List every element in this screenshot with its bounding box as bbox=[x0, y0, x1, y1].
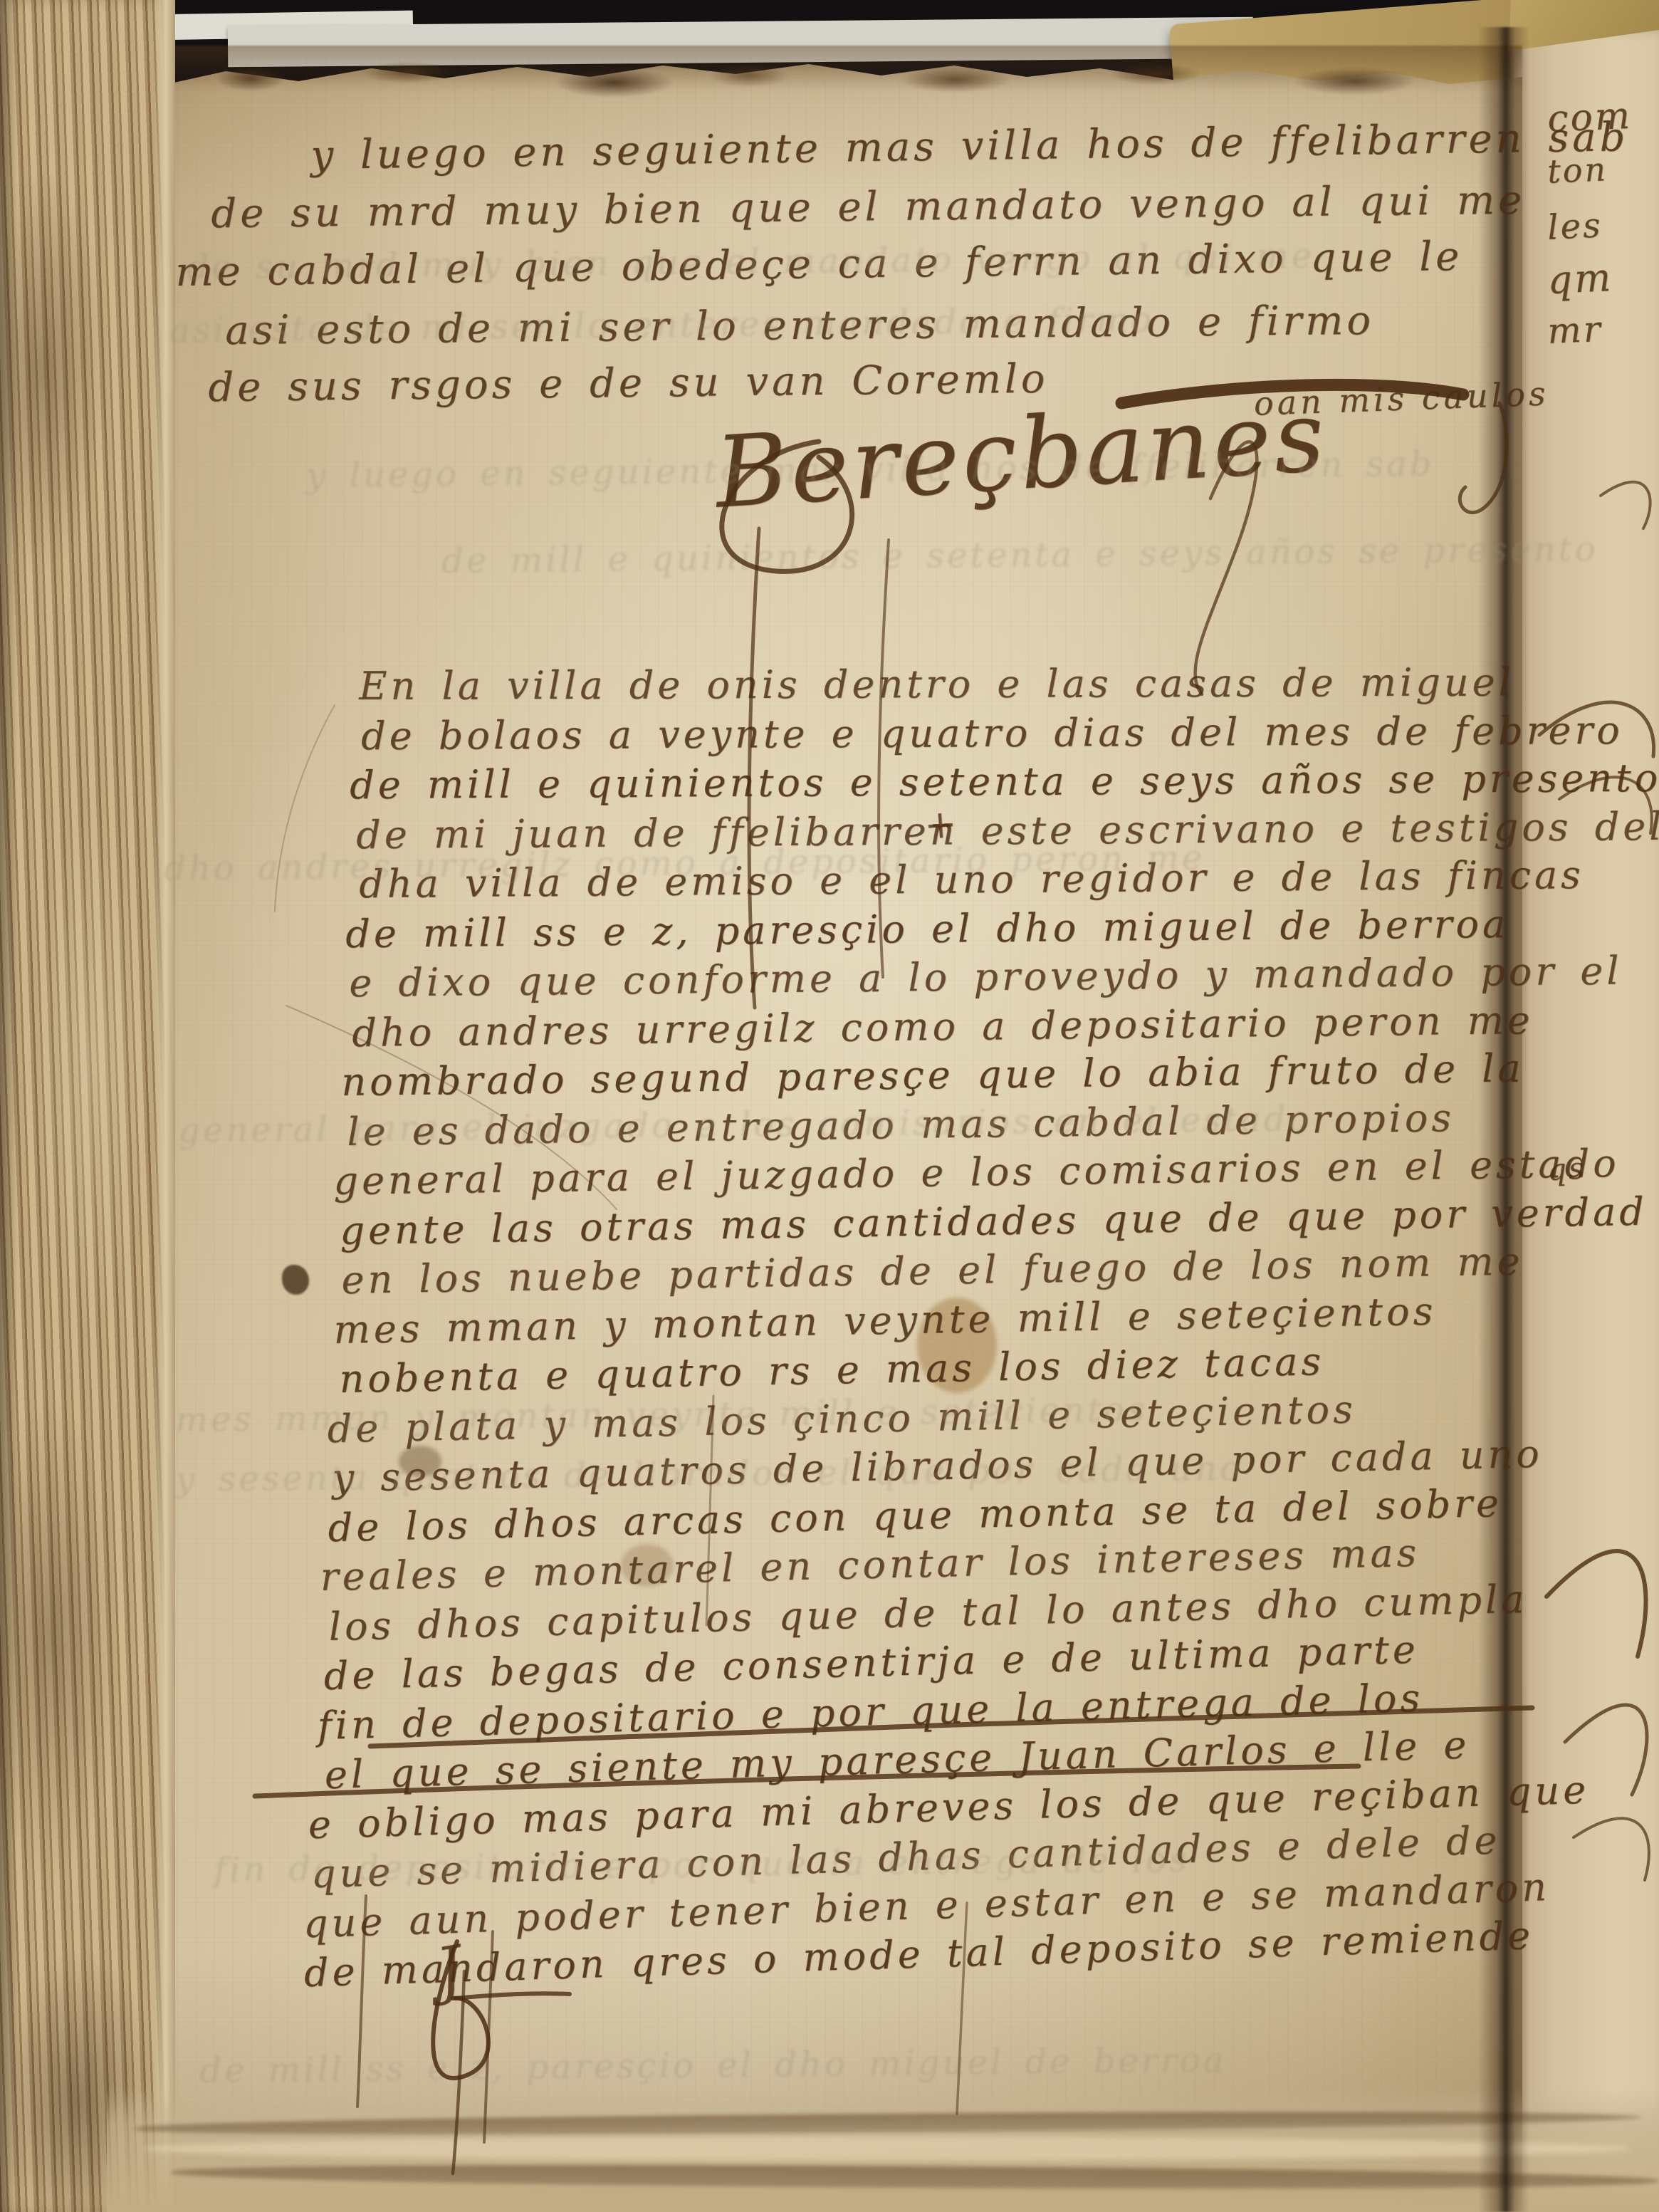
heading-initial-loop bbox=[722, 442, 852, 571]
side-note-tail bbox=[1460, 403, 1507, 513]
right-page-flourish bbox=[1559, 777, 1652, 833]
heading-descender bbox=[749, 528, 759, 1008]
book-photo: Bereçbanes oan mis caulos + J y luego en… bbox=[0, 0, 1659, 2212]
right-page-flourish bbox=[1565, 1705, 1647, 1795]
descender-stroke bbox=[706, 1396, 713, 1625]
strikethrough-stroke bbox=[255, 1766, 1359, 1796]
descender-stroke bbox=[957, 1903, 967, 2114]
heading-tail-swash bbox=[1195, 442, 1257, 694]
descender-stroke bbox=[357, 1896, 366, 2107]
strikethrough-stroke bbox=[370, 1708, 1532, 1746]
right-page-flourish bbox=[1574, 1818, 1649, 1880]
paraph-flourish bbox=[453, 1971, 464, 2174]
hairline-flourish bbox=[286, 1006, 617, 1209]
right-page-flourish bbox=[1601, 482, 1650, 528]
right-page-flourish bbox=[1547, 1551, 1646, 1657]
right-page-flourish bbox=[1539, 702, 1654, 756]
hairline-flourish bbox=[275, 705, 335, 912]
paraph-cross-stroke bbox=[456, 1993, 570, 1998]
bold-dash-flourish bbox=[1121, 385, 1463, 403]
ink-flourish-overlay bbox=[0, 0, 1659, 2212]
heading-descender bbox=[879, 540, 889, 977]
